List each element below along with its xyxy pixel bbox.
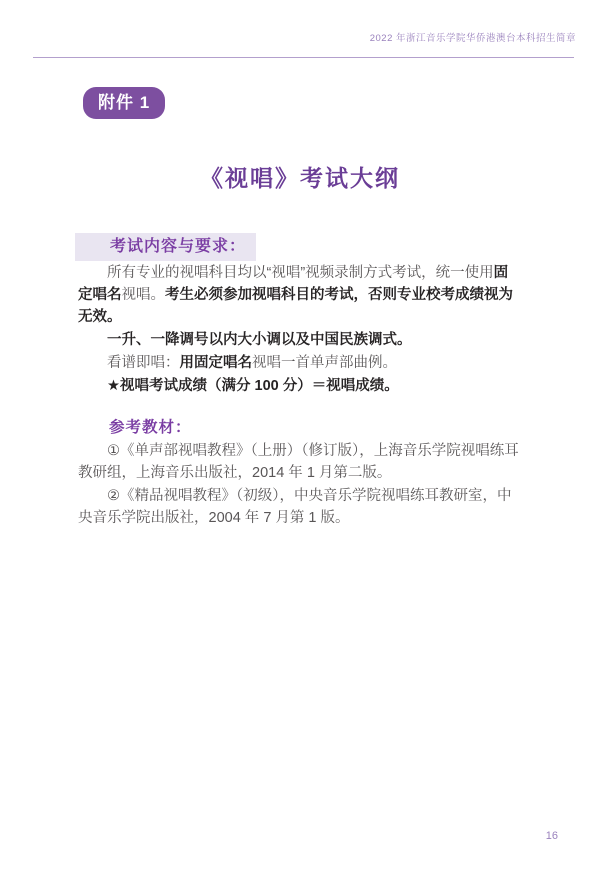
paragraph-sight-singing-bold-1: 用固定唱名 <box>180 355 253 371</box>
paragraph-sight-singing: 看谱即唱：用固定唱名视唱一首单声部曲例。 <box>78 352 522 374</box>
paragraph-intro-regular-1: 所有专业的视唱科目均以“视唱”视频录制方式考试，统一使用 <box>107 265 494 281</box>
paragraph-score-formula: ★视唱考试成绩（满分 100 分）＝视唱成绩。 <box>78 375 522 397</box>
paragraph-intro: 所有专业的视唱科目均以“视唱”视频录制方式考试，统一使用固定唱名视唱。考生必须参… <box>78 262 522 328</box>
document-header: 2022 年浙江音乐学院华侨港澳台本科招生简章 <box>0 0 600 58</box>
paragraph-sight-singing-regular-1: 看谱即唱： <box>107 355 180 371</box>
page-number: 16 <box>546 830 558 842</box>
reference-item-1: ①《单声部视唱教程》（上册）（修订版），上海音乐学院视唱练耳教研组，上海音乐出版… <box>78 440 522 484</box>
paragraph-key-signatures: 一升、一降调号以内大小调以及中国民族调式。 <box>78 329 522 351</box>
section-heading-requirements: 考试内容与要求： <box>75 233 256 261</box>
section-heading-materials: 参考教材： <box>78 417 522 439</box>
paragraph-intro-regular-2: 视唱。 <box>122 287 166 303</box>
paragraph-sight-singing-regular-2: 视唱一首单声部曲例。 <box>252 355 397 371</box>
document-page: 2022 年浙江音乐学院华侨港澳台本科招生简章 附件 1 《视唱》考试大纲 考试… <box>0 0 600 884</box>
header-title: 2022 年浙江音乐学院华侨港澳台本科招生简章 <box>0 30 600 44</box>
document-title: 《视唱》考试大纲 <box>0 160 600 193</box>
header-rule <box>33 57 574 58</box>
reference-item-2: ②《精品视唱教程》（初级），中央音乐学院视唱练耳教研室，中央音乐学院出版社，20… <box>78 485 522 529</box>
document-body: 考试内容与要求： 所有专业的视唱科目均以“视唱”视频录制方式考试，统一使用固定唱… <box>78 233 522 529</box>
attachment-badge: 附件 1 <box>83 87 165 119</box>
